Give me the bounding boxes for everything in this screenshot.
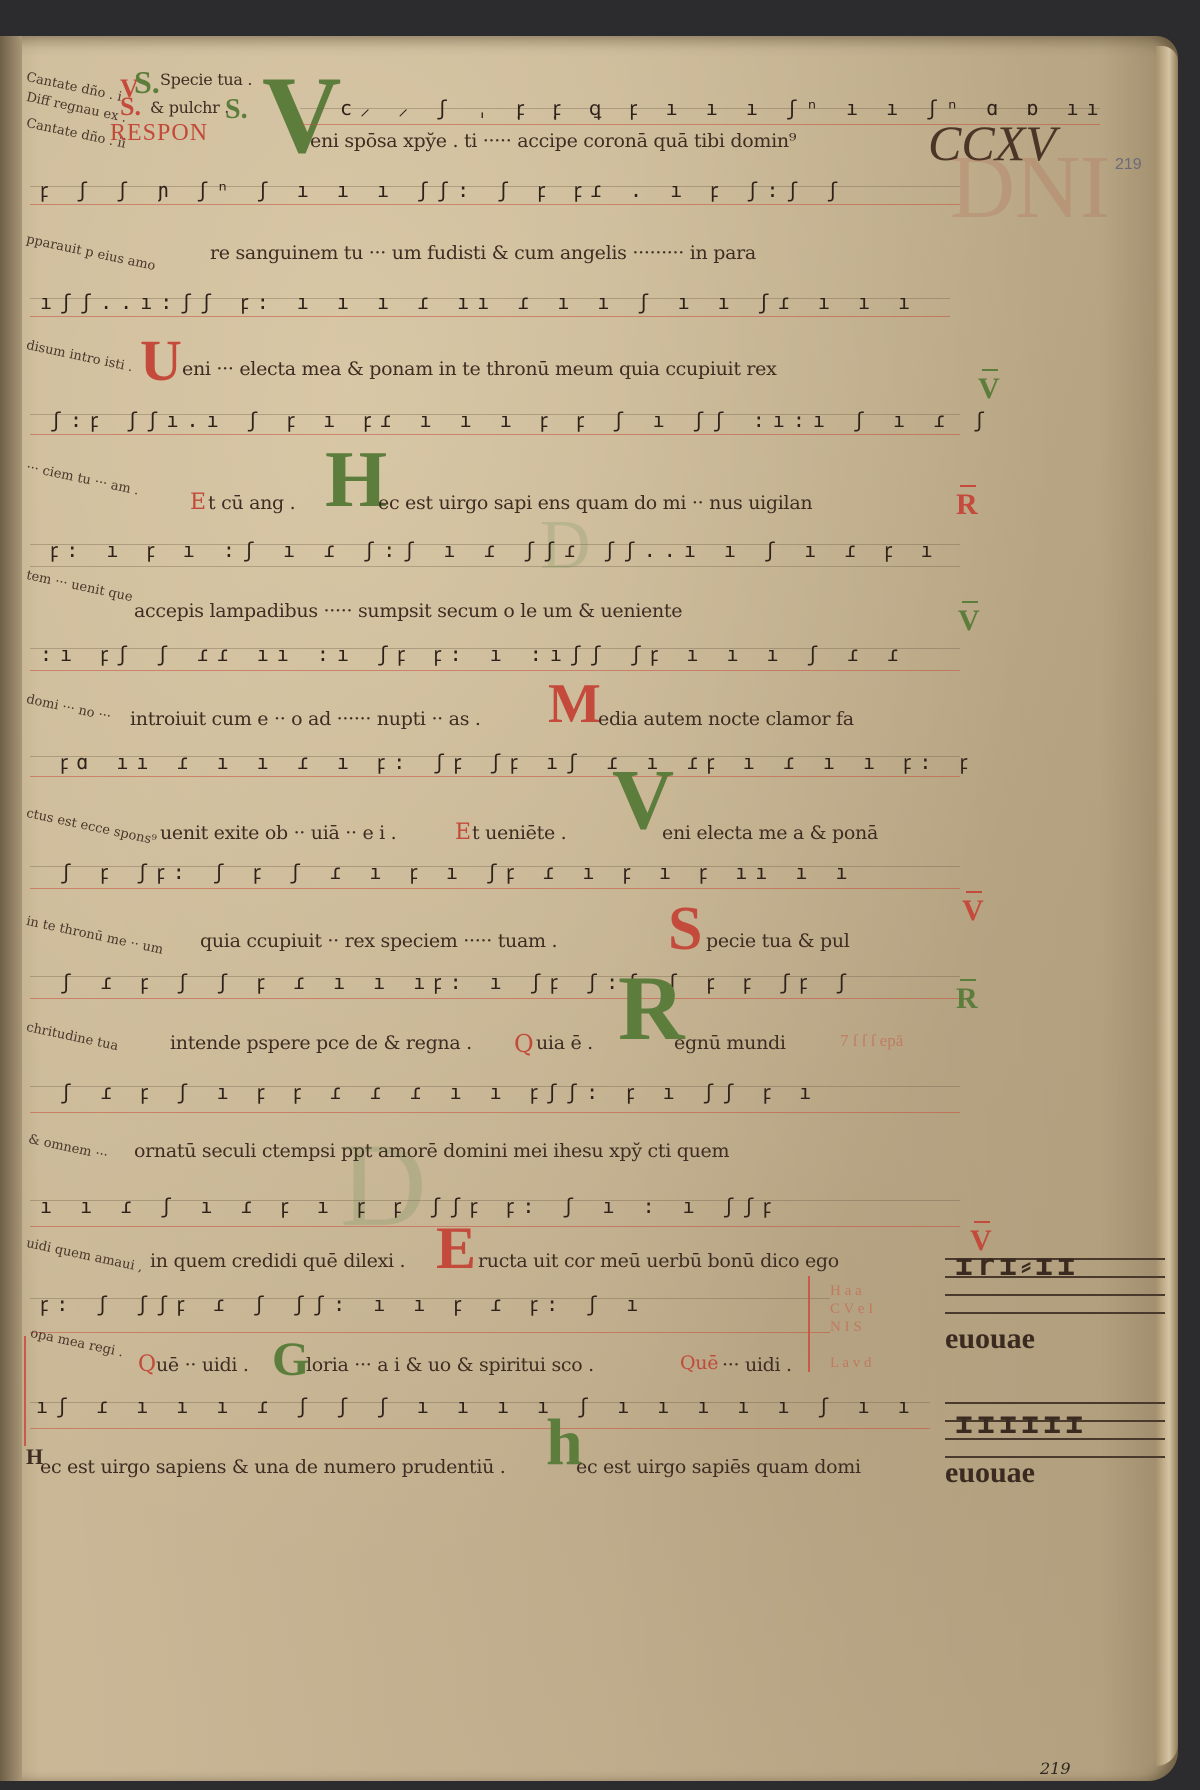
neume-row: ʃ ꝼ ʃꝼ: ʃ ꝼ ʃ ɾ ı ꝼ ı ʃꝼ ɾ ı ꝼ ı ꝼ ıı ı … [60, 858, 856, 885]
neume-row: ꝼɑ ıı ɾ ı ı ɾ ı ꝼ: ʃꝼ ʃꝼ ıʃ ɾ ı ɾꝼ ı ɾ ı… [60, 748, 976, 775]
neume-row: ıʃ ɾ ı ı ı ɾ ʃ ʃ ʃ ı ı ı ı ʃ ı ı ı ı ı ʃ… [36, 1394, 918, 1418]
red-margin-rule [24, 1336, 26, 1446]
red-box-rule [808, 1276, 810, 1372]
decorated-initial-s: S [668, 898, 702, 960]
neume-row: c⸝ ⸝ ʃ ˌ ꝼ̣ ꝼ̣ ꝗ ꝼ ı ı ı ʃⁿ ı ı ʃⁿ ɑ ɒ ı… [340, 94, 1107, 121]
neume-row: ı ı ɾ ʃ ı ɾ ꝼ ı ꝼ ꝼ ʃʃꝼ ꝼ: ʃ ı : ı ʃʃꝼ [40, 1192, 779, 1219]
staff-line [30, 316, 950, 317]
neume-row: ꝼ: ʃ ʃʃꝼ ɾ ʃ ʃʃ: ı ı ꝼ ɾ ꝼ: ʃ ı [40, 1290, 646, 1317]
chant-text-line: accepis lampadibus ····· sumpsit secum o… [134, 600, 682, 622]
staff-line [30, 1332, 830, 1333]
decorated-initial-u: U [140, 332, 182, 390]
chant-text-line: t ueniēte . [472, 822, 566, 844]
chant-text-line: eni spōsa xpy̆e . ti ····· accipe coronā… [310, 130, 796, 152]
staff-line [30, 1112, 960, 1113]
chant-text-line: re sanguinem tu ··· um fudisti & cum ang… [210, 242, 756, 264]
margin-cue: tem ··· uenit que [25, 568, 134, 605]
decorated-initial-g: G [272, 1336, 309, 1384]
staff-line [300, 124, 1100, 125]
chant-text-line: uenit exite ob ·· uiā ·· e i . [160, 822, 396, 844]
chant-text-line: pecie tua & pul [706, 930, 850, 952]
versicle-marker: V [962, 894, 984, 928]
neume-row: ʃ ɾ ꝼ ʃ ʃ ꝼ ɾ ı ı ıꝼ: ı ʃꝼ ʃ:ʃ ʃ ꝼ ꝼ ʃꝼ … [60, 968, 856, 995]
staff-line [30, 566, 960, 567]
neume-row: ıʃʃ..ı:ʃʃ ꝼ: ı ı ı ɾ ıı ɾ ı ı ʃ ı ı ʃɾ ı… [40, 288, 918, 315]
margin-cue: ··· ciem tu ··· am . [25, 460, 140, 499]
chant-text-line: edia autem nocte clamor fa [598, 708, 854, 730]
faded-rubric-line: N I S [830, 1318, 862, 1336]
faded-rubric: 7 ſ ſ ſ epā [840, 1032, 903, 1050]
chant-text-line: ··· uidi . [722, 1354, 792, 1376]
rubric-letter: E [190, 490, 206, 515]
chant-text-line: ec est uirgo sapiēs quam domi [576, 1456, 861, 1478]
responsory-marker: R [956, 488, 978, 522]
chant-text-line: t cū ang . [208, 492, 295, 514]
responsory-rubric: RESPON [110, 120, 208, 147]
chant-text-line: uē ·· uidi . [156, 1354, 249, 1376]
neume-row: :ı ꝼʃ ʃ ɾɾ ıı :ı ʃꝼ ꝼ: ı :ıʃʃ ʃꝼ ı ı ı ʃ… [40, 640, 907, 667]
later-square-notation: ɪrɪ⸗ɪɪ [955, 1248, 1079, 1283]
later-staff-line [945, 1402, 1165, 1404]
euouae-text: euouae [945, 1322, 1035, 1356]
chant-text-line: intende pspere pce de & regna . [170, 1032, 472, 1054]
margin-cue: in te thronū me ·· um [25, 914, 165, 958]
staff-line [30, 888, 960, 889]
chant-text-line: ec est uirgo sapi ens quam do mi ·· nus … [378, 492, 812, 514]
show-through-initial: D [340, 1116, 427, 1254]
decorated-initial-v: V [262, 60, 341, 170]
opening-cue-text: Specie tua . [160, 70, 252, 89]
staff-line [30, 670, 960, 671]
pencil-folio-number: 219 [1115, 156, 1142, 174]
neume-row: ꝼ: ı ꝼ ı :ʃ ı ɾ ʃ:ʃ ı ɾ ʃʃɾ ʃʃ..ı ı ʃ ı … [50, 536, 941, 563]
neume-row: ʃ ɾ ꝼ ʃ ı ꝼ ꝼ ɾ ɾ ɾ ı ı ꝼʃʃ: ꝼ ı ʃʃ ꝼ ı [60, 1078, 819, 1105]
margin-cue: ctus est ecce spons⁹ [25, 806, 158, 848]
margin-cue: domi ··· no ··· [25, 692, 112, 725]
chant-text-line: ornatū seculi ctempsi ppt amorē domini m… [134, 1140, 729, 1162]
opening-cue-text: & pulchr . [150, 98, 229, 117]
versicle-marker: V [978, 372, 1000, 406]
staff-line [30, 1428, 930, 1429]
page-number: 219 [1040, 1759, 1071, 1778]
staff-line [30, 434, 960, 435]
versicle-marker: V [958, 604, 980, 638]
euouae-text: euouae [945, 1456, 1035, 1490]
chant-text-line: quia ccupiuit ·· rex speciem ····· tuam … [200, 930, 557, 952]
margin-cue: chritudine tua [25, 1020, 120, 1054]
responsory-marker: R [956, 982, 978, 1016]
folio-number: CCXV [928, 114, 1056, 172]
later-staff-line [945, 1312, 1165, 1314]
initial-s-cue: S. [225, 96, 248, 124]
margin-cue: pparauit p eius amo [25, 232, 157, 274]
staff-line [30, 204, 960, 205]
chant-text-line: ructa uit cor meū uerbū bonū dico ego [478, 1250, 839, 1272]
chant-text-line: egnū mundi [674, 1032, 786, 1054]
margin-cue: disum intro isti . [25, 338, 134, 375]
chant-text-line: in quem credidi quē dilexi . [150, 1250, 405, 1272]
rubric-word: Quē [680, 1352, 718, 1374]
chant-text-line: eni electa me a & ponā [662, 822, 878, 844]
binding-gutter [0, 36, 22, 1781]
later-square-notation: ɪɪɪɪɪɪ [955, 1406, 1087, 1441]
rubric-letter: Q [514, 1030, 533, 1058]
decorated-initial-m: M [548, 676, 601, 732]
faded-rubric-line: H a a [830, 1282, 862, 1300]
later-staff-line [945, 1294, 1165, 1296]
manuscript-page: DNI D D CCXV 219 Cantate dño . i Diff re… [0, 36, 1178, 1781]
faded-rubric-line: C V e I [830, 1300, 873, 1318]
decorated-initial-e: E [436, 1218, 476, 1278]
chant-text-line: loria ··· a i & uo & spiritui sco . [306, 1354, 594, 1376]
chant-text-line: uia ē . [536, 1032, 593, 1054]
staff-line [30, 998, 960, 999]
chant-text-line: ec est uirgo sapiens & una de numero pru… [40, 1456, 506, 1478]
rubric-letter: Q [138, 1352, 156, 1377]
rubric-letter: E [455, 820, 471, 845]
neume-row: ʃ:ꝼ ʃʃı.ı ʃ ꝼ ı ꝼɾ ı ı ı ꝼ ꝼ ʃ ı ʃʃ :ı:ı… [50, 406, 993, 433]
neume-row: ꝼ ʃ ʃ ɲ ʃⁿ ʃ ı ı ı ʃʃ: ʃ ꝼ ꝼɾ . ı ꝼ ʃ:ʃ … [40, 176, 847, 203]
page-edge [1156, 46, 1178, 1766]
staff-line [30, 776, 960, 777]
faded-rubric-line: L a v d [830, 1354, 872, 1372]
staff-line [30, 1226, 960, 1227]
margin-cue: & omnem ··· [27, 1132, 109, 1163]
chant-text-line: introiuit cum e ·· o ad ······ nupti ·· … [130, 708, 481, 730]
margin-cue: uidi quem amaui , [25, 1236, 144, 1275]
chant-text-line: eni ··· electa mea & ponam in te thronū … [182, 358, 777, 380]
initial-s-cue: S. [120, 94, 141, 120]
